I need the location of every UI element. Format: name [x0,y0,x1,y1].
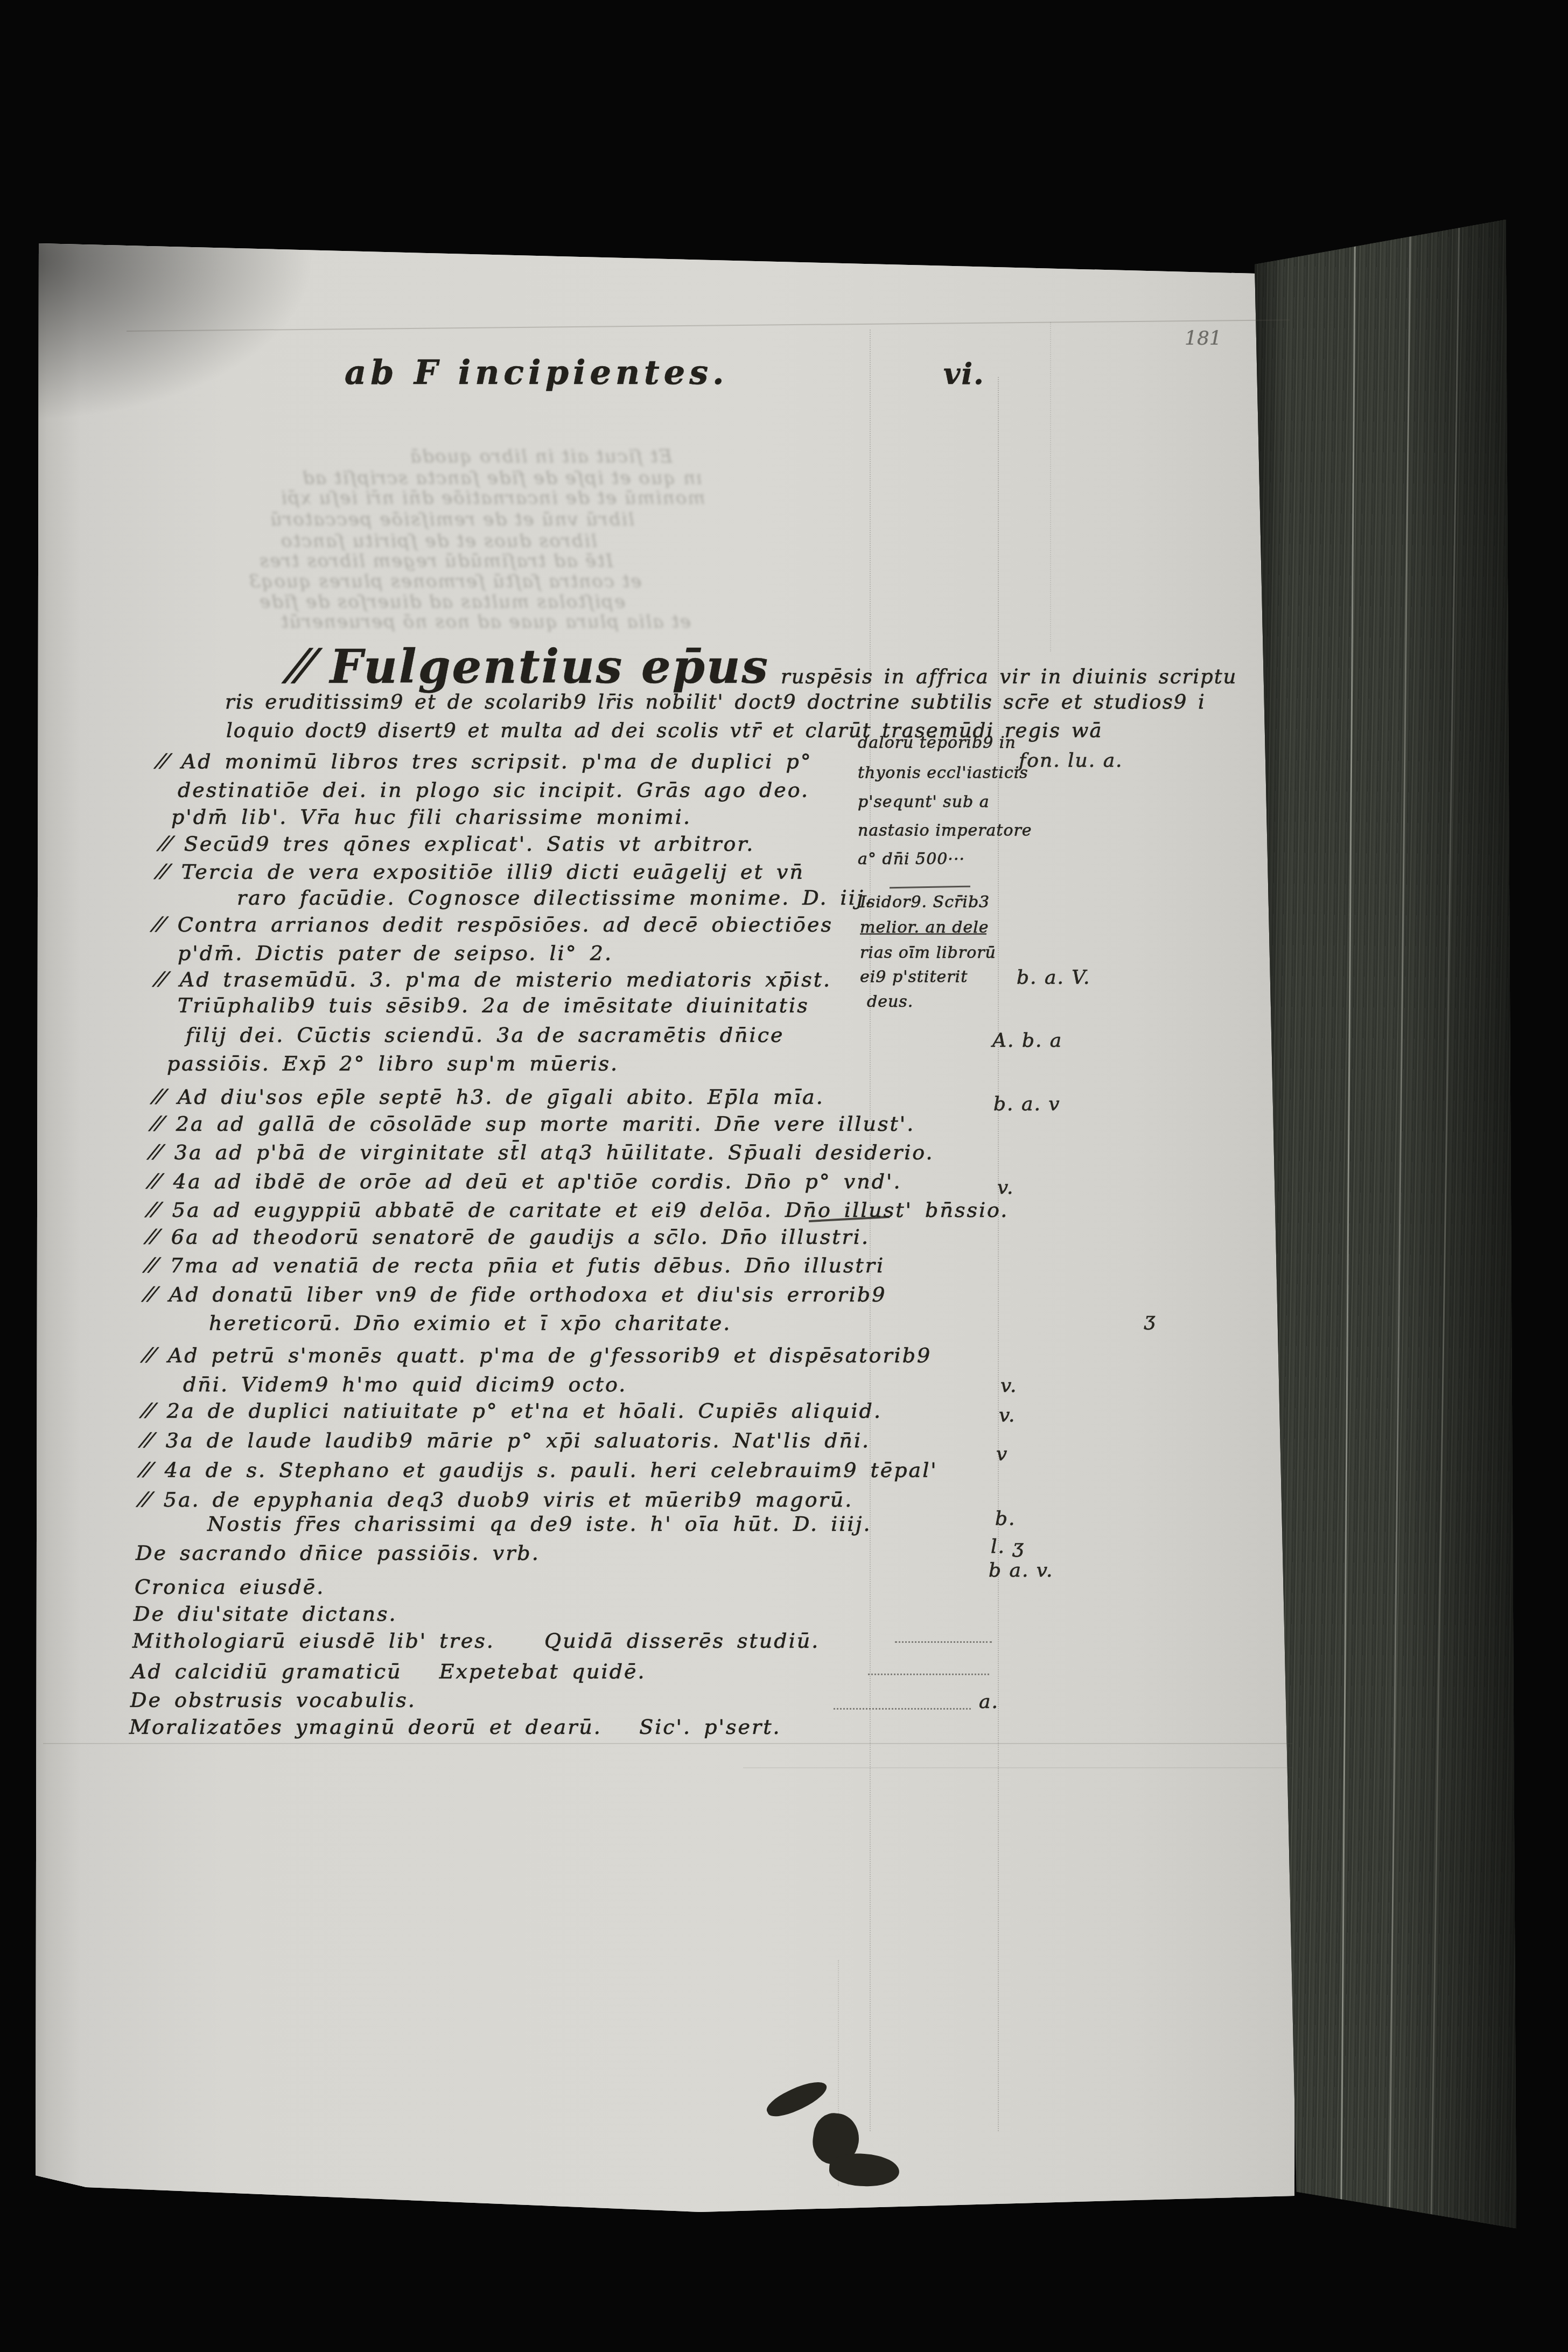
margin-siglum: b. a. V. [1017,967,1090,989]
manuscript-line: ⁄⁄ Ad trasemūdū. 3. p'ma de misterio med… [157,968,831,991]
manuscript-line: ⁄⁄ Tercia de vera expositiōe illi9 dicti… [159,860,804,884]
show-through-line: et contra faſtū ſermones plures quoq3 [248,571,641,592]
folio-number: 181 [1185,327,1222,349]
manuscript-line: p'dm̄ lib'. Vr̄a huc fili charissime mon… [171,805,691,829]
page-edge-highlight [1388,220,1411,2249]
manuscript-line: ⁄⁄ Secūd9 tres qōnes explicat'. Satis vt… [162,832,754,856]
running-head: ab F incipientes. [345,353,729,392]
manuscript-line: ⁄⁄ 4a de s. Stephano et gaudijs s. pauli… [142,1458,938,1482]
underline-mark [860,933,986,935]
leader-dots [834,1708,971,1710]
horizontal-ruling [43,1743,1292,1744]
manuscript-line: De sacrando dn̄ice passiōis. vrb. [136,1541,540,1565]
margin-annotation-line: thyonis eccl'iasticis [858,764,1028,782]
margin-annotation-line: nastasio imperatore [858,821,1032,840]
manuscript-line: destinatiōe dei. in plogo sic incipit. G… [178,778,809,802]
manuscript-line: ⁄⁄ Ad monimū libros tres scripsit. p'ma … [159,750,813,773]
margin-source-note: fon. lu. a. [1019,750,1123,772]
manuscript-line: Ad calcidiū gramaticū Expetebat quidē. [131,1660,646,1683]
manuscript-line: ⁄⁄ 2a ad gallā de cōsolāde sup morte mar… [153,1112,915,1136]
margin-annotation-line: ei9 p'stiterit [860,968,968,986]
manuscript-line: ⁄⁄ Contra arrianos dedit respōsiōes. ad … [155,913,833,936]
show-through-line: Et ſicut ait in libro quodā [409,446,673,467]
horizontal-ruling [743,1767,1292,1768]
manuscript-line: De diu'sitate dictans. [134,1602,397,1626]
manuscript-line: Moralizatōes ymaginū deorū et dearū. Sic… [129,1715,781,1739]
manuscript-line: p'dm̄. Dictis pater de seipso. li° 2. [178,941,613,965]
margin-siglum: a. [979,1691,999,1713]
show-through-line: ın quo et ipſe de fide ſancta scripſit a… [302,467,702,489]
manuscript-line: ⁄⁄ Ad donatū liber vn9 de fide orthodoxa… [146,1283,886,1306]
show-through-line: monimū et de incarnatiōe dn̄i nr̄i ieſu … [280,487,705,509]
show-through-line: libros duos et de ſpiritu ſancto [280,530,597,552]
leader-dots [868,1674,989,1675]
vertical-ruling [1050,322,1051,652]
show-through-line: librū vnū et de remiſsiōe peccatorū [269,509,634,530]
manuscript-line: Triūphalib9 tuis sēsib9. 2a de imēsitate… [178,993,809,1017]
leader-dots [895,1641,992,1643]
manuscript-line: ⁄⁄ 6a ad theodorū senatorē de gaudijs a … [149,1225,870,1249]
margin-siglum: v. [1000,1375,1018,1397]
manuscript-line: ⁄⁄ Ad diu'sos ep̄le septē h3. de gīgali … [155,1085,824,1109]
margin-siglum: b. a. v [993,1093,1061,1115]
manuscript-line: hereticorū. Dn̄o eximio et ī xp̄o charit… [209,1311,731,1335]
quire-mark: vi. [943,356,985,391]
manuscript-line: Mithologiarū eiusdē lib' tres. Quidā dis… [132,1629,820,1653]
vertical-ruling [998,377,999,2131]
vertical-ruling [870,330,871,2131]
manuscript-line: Nostis fr̄es charissimi qa de9 iste. h' … [207,1512,872,1536]
manuscript-line: ⁄⁄ 2a de duplici natiuitate p° et'na et … [144,1399,882,1423]
margin-siglum: A. b. a [992,1030,1062,1052]
margin-siglum: l. ʒ [991,1536,1025,1558]
margin-annotation-line: p'sequnt' sub a [858,793,990,811]
margin-annotation-line: rias oīm librorū [860,943,996,962]
book-fore-edge [1255,220,1516,2249]
page-edge-highlight [1430,220,1460,2249]
manuscript-line: ⁄⁄ 3a de laude laudib9 mārie p° xp̄i sal… [143,1429,870,1452]
show-through-line: epiſtolas multas ad diuerſos de fide [258,591,625,613]
entry-heading-continuation: ruspēsis in affrica vir in diuinis scrip… [781,665,1237,688]
manuscript-line: ⁄⁄ Ad petrū s'monēs quatt. p'ma de g'fes… [145,1343,932,1367]
manuscript-line: De obstrusis vocabulis. [130,1688,416,1712]
manuscript-line: ⁄⁄ 3a ad p'bā de virginitate st̄l atq3 h… [152,1140,934,1164]
margin-siglum: v. [997,1177,1014,1199]
margin-annotation-line: a° dn̄i 500··· [858,850,965,869]
entry-heading-author: ⁄⁄ Fulgentius ep̄us [293,640,769,694]
manuscript-photograph: ab F incipientes. vi. 181 ⁄⁄ Fulgentius … [0,0,1568,2352]
margin-annotation-line: deus. [867,992,913,1011]
page-edge-highlight [1340,220,1356,2249]
manuscript-line: ⁄⁄ 7ma ad venatiā de recta pn̄ia et futi… [148,1254,885,1277]
manuscript-line: ⁄⁄ 4a ad ibdē de orōe ad deū et ap'tiōe … [151,1170,902,1193]
manuscript-line: Cronica eiusdē. [135,1575,325,1599]
show-through-line: Itē ad traſimūdū regem libros tres [258,550,613,572]
manuscript-line: ⁄⁄ 5a. de epyphania deq3 duob9 viris et … [141,1488,853,1511]
margin-annotation-line: dalorū tēporib9 in [858,733,1016,752]
manuscript-line: passiōis. Exp̄ 2° libro sup'm mūeris. [167,1052,619,1075]
margin-siglum: ʒ [1144,1308,1156,1331]
show-through-line: et alia plura quae ad nos nō peruenerūt [280,611,691,633]
manuscript-line: dn̄i. Videm9 h'mo quid dicim9 octo. [183,1373,627,1396]
manuscript-line: filij dei. Cūctis sciendū. 3a de sacramē… [186,1023,785,1047]
entry-heading-line2: ris eruditissim9 et de scolarib9 lr̄is n… [225,690,1206,713]
manuscript-line: raro facūdie. Cognosce dilectissime moni… [237,886,873,909]
margin-siglum: v. [999,1404,1016,1426]
margin-annotation-line: Isidor9. Scr̄ib3 [860,893,990,912]
